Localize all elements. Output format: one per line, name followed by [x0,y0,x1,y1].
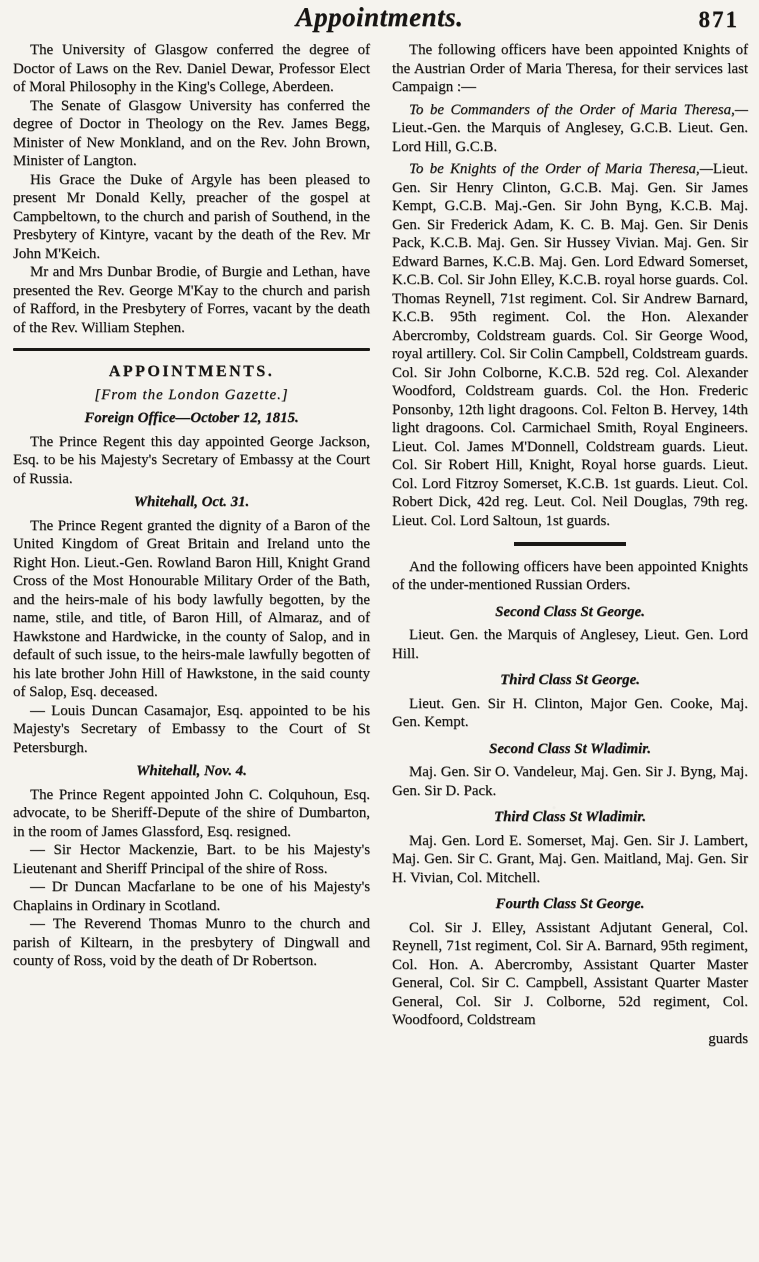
paragraph: The Prince Regent appointed John C. Colq… [13,786,370,842]
dateline-whitehall-nov4: Whitehall, Nov. 4. [13,762,370,781]
paragraph: Mr and Mrs Dunbar Brodie, of Burgie and … [13,263,370,337]
scanned-page: Appointments. 871 The University of Glas… [0,0,759,1262]
paragraph: The Prince Regent this day appointed Geo… [13,433,370,489]
class-heading: Fourth Class St George. [392,895,748,914]
paragraph: Col. Sir J. Elley, Assistant Adjutant Ge… [392,919,748,1030]
short-divider-rule [514,542,626,546]
commanders-lead: To be Commanders of the Order of Maria T… [409,102,748,118]
class-heading: Second Class St Wladimir. [392,740,748,759]
dateline-whitehall-oct31: Whitehall, Oct. 31. [13,493,370,512]
paragraph: Maj. Gen. Sir O. Vandeleur, Maj. Gen. Si… [392,763,748,800]
paragraph: Lieut. Gen. the Marquis of Anglesey, Lie… [392,626,748,663]
paragraph: The following officers have been appoint… [392,41,748,97]
paragraph: Maj. Gen. Lord E. Somerset, Maj. Gen. Si… [392,832,748,888]
gazette-source-line: [From the London Gazette.] [13,386,370,405]
page-number: 871 [699,7,740,33]
knights-lead: To be Knights of the Order of Maria Ther… [409,161,713,177]
paragraph: His Grace the Duke of Argyle has been pl… [13,171,370,264]
paragraph: And the following officers have been app… [392,558,748,595]
knights-paragraph: To be Knights of the Order of Maria Ther… [392,160,748,530]
left-column: The University of Glasgow conferred the … [13,41,370,971]
paragraph: — Louis Duncan Casamajor, Esq. appointed… [13,702,370,758]
appointments-heading: APPOINTMENTS. [13,363,370,382]
paragraph: The University of Glasgow conferred the … [13,41,370,97]
knights-body: Lieut. Gen. Sir Henry Clinton, G.C.B. Ma… [392,161,748,529]
paragraph: Lieut. Gen. Sir H. Clinton, Major Gen. C… [392,695,748,732]
commanders-body: Lieut.-Gen. the Marquis of Anglesey, G.C… [392,120,748,155]
class-heading: Third Class St Wladimir. [392,808,748,827]
paragraph: — Dr Duncan Macfarlane to be one of his … [13,878,370,915]
class-heading: Third Class St George. [392,671,748,690]
paragraph: — Sir Hector Mackenzie, Bart. to be his … [13,841,370,878]
dateline-foreign-office: Foreign Office—October 12, 1815. [13,409,370,428]
commanders-paragraph: To be Commanders of the Order of Maria T… [392,101,748,157]
right-column: The following officers have been appoint… [392,41,748,1048]
page-title: Appointments. [0,2,759,33]
section-divider-rule [13,348,370,351]
paragraph: The Senate of Glasgow University has con… [13,97,370,171]
paragraph: The Prince Regent granted the dignity of… [13,517,370,702]
catchword: guards [392,1030,748,1049]
paragraph: — The Reverend Thomas Munro to the churc… [13,915,370,971]
class-heading: Second Class St George. [392,603,748,622]
